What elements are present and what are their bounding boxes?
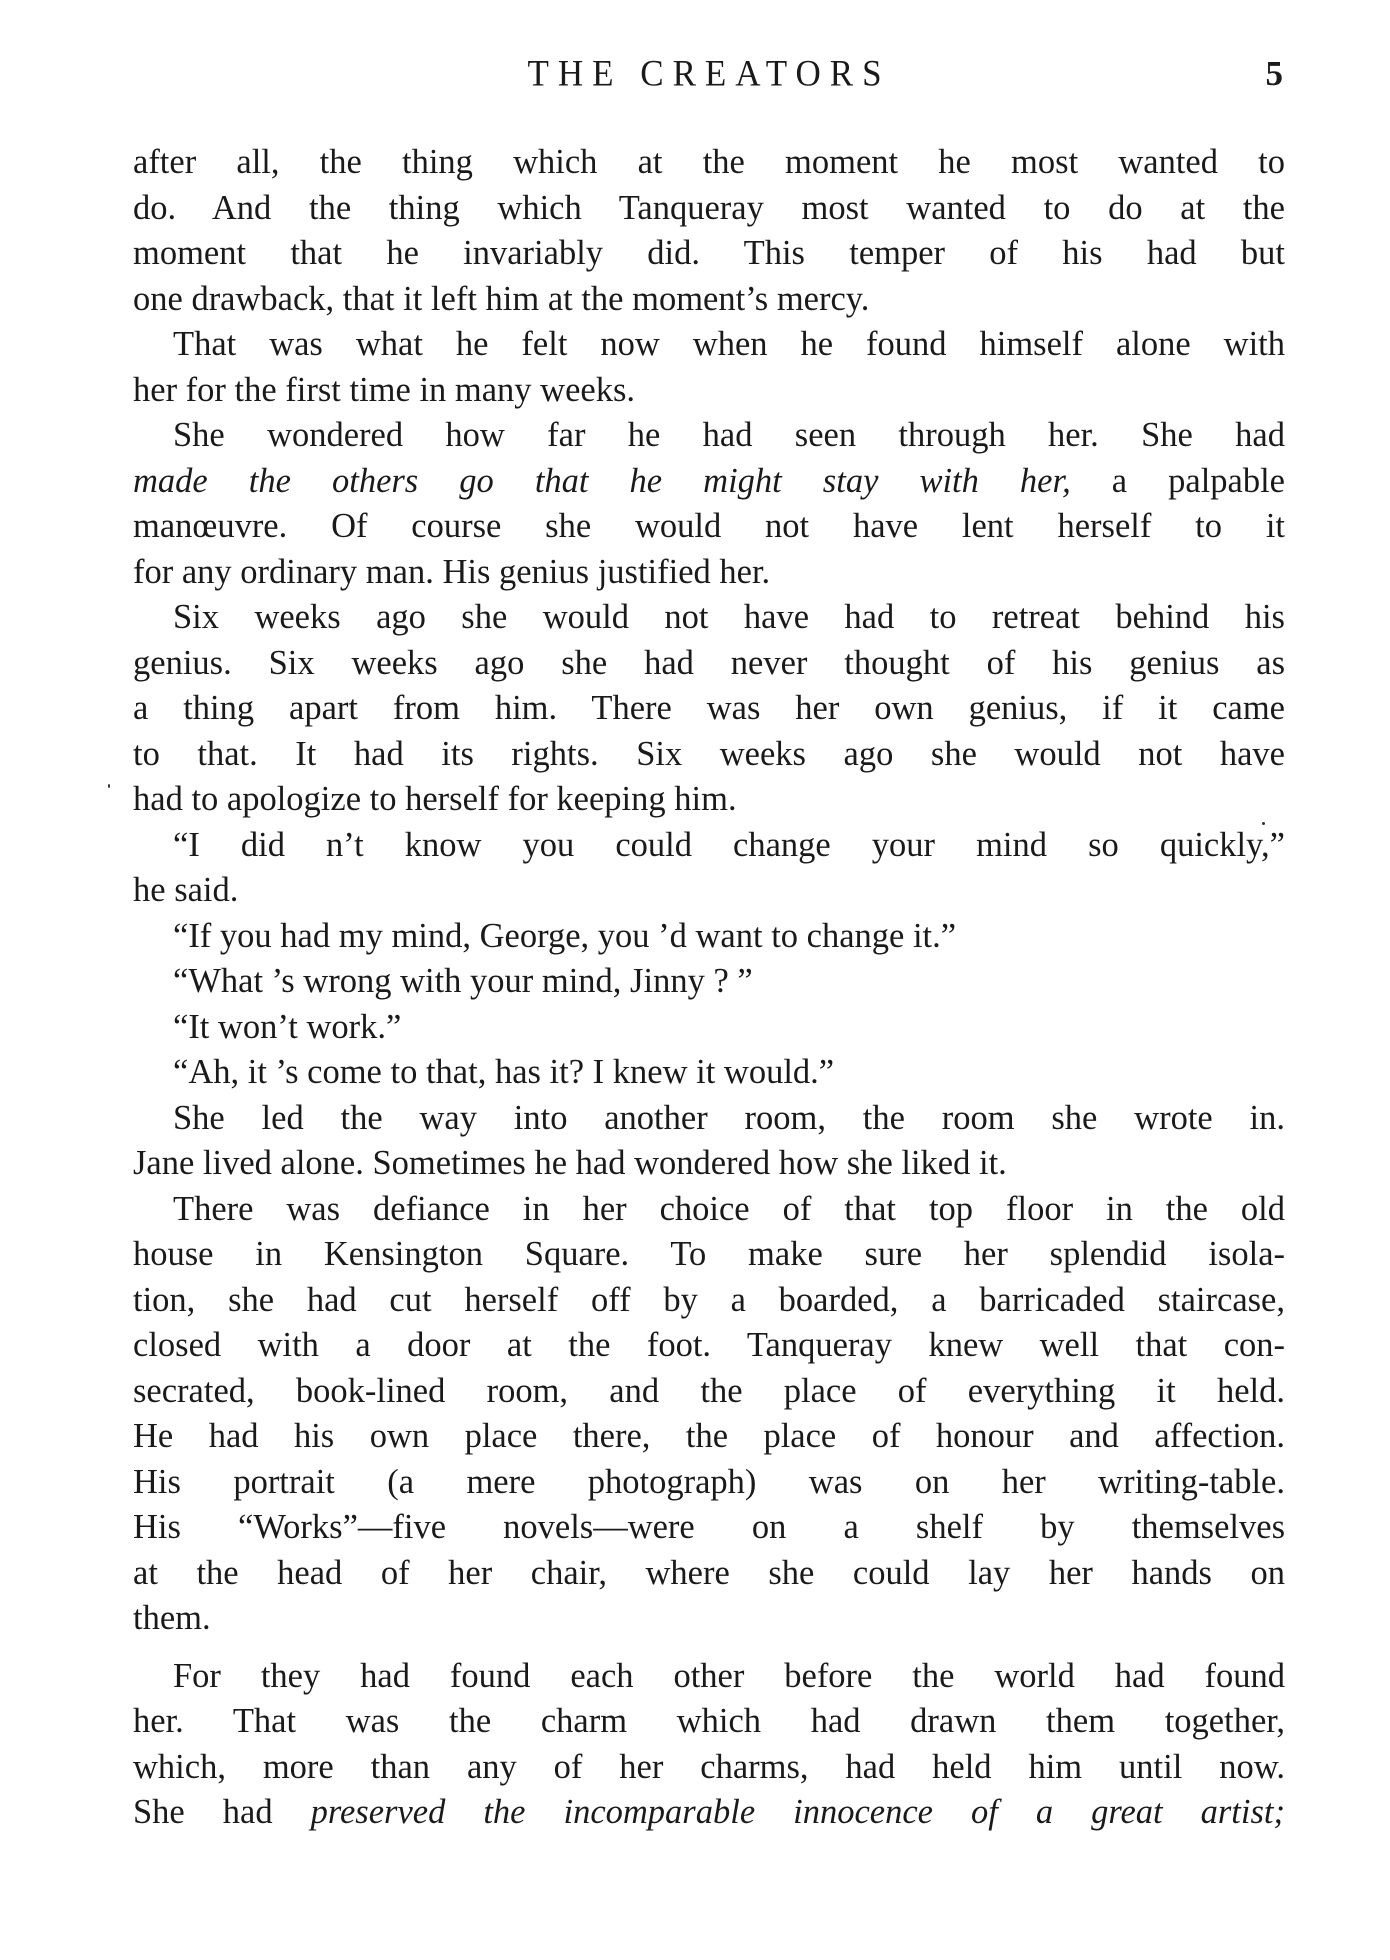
text-line: moment that he invariably did. This temp… (133, 231, 1285, 277)
text-line: “I did n’t know you could change your mi… (133, 823, 1285, 869)
text-line: “It won’t work.” (133, 1005, 1285, 1051)
text-line: he said. (133, 868, 1285, 914)
text-line: which, more than any of her charms, had … (133, 1745, 1285, 1791)
text-segment: She had (133, 1793, 311, 1831)
body-text: after all, the thing which at the moment… (133, 140, 1285, 1836)
running-head: THE CREATORS 5 (133, 52, 1285, 96)
text-line: She led the way into another room, the r… (133, 1096, 1285, 1142)
text-line: closed with a door at the foot. Tanquera… (133, 1323, 1285, 1369)
text-line: tion, she had cut herself off by a board… (133, 1278, 1285, 1324)
text-line: Six weeks ago she would not have had to … (133, 595, 1285, 641)
text-line: them. (133, 1596, 1285, 1642)
running-title: THE CREATORS (133, 51, 1285, 97)
text-line: secrated, book-lined room, and the place… (133, 1369, 1285, 1415)
text-line: made the others go that he might stay wi… (133, 459, 1285, 505)
text-line: her. That was the charm which had drawn … (133, 1699, 1285, 1745)
text-line: His “Works”—five novels—were on a shelf … (133, 1505, 1285, 1551)
italic-text: preserved the incomparable innocence of … (311, 1793, 1285, 1831)
text-line: had to apologize to herself for keeping … (133, 777, 1285, 823)
text-line: He had his own place there, the place of… (133, 1414, 1285, 1460)
text-line: Jane lived alone. Sometimes he had wonde… (133, 1141, 1285, 1187)
page-number: 5 (1266, 52, 1284, 96)
text-line: after all, the thing which at the moment… (133, 140, 1285, 186)
text-line: For they had found each other before the… (133, 1654, 1285, 1700)
scan-speck (108, 784, 110, 788)
text-line: for any ordinary man. His genius justifi… (133, 550, 1285, 596)
text-line: “What ’s wrong with your mind, Jinny ? ” (133, 959, 1285, 1005)
text-line: one drawback, that it left him at the mo… (133, 277, 1285, 323)
text-line: That was what he felt now when he found … (133, 322, 1285, 368)
text-line: her for the first time in many weeks. (133, 368, 1285, 414)
text-line: to that. It had its rights. Six weeks ag… (133, 732, 1285, 778)
scan-speck (1262, 822, 1265, 825)
text-line: house in Kensington Square. To make sure… (133, 1232, 1285, 1278)
text-line: There was defiance in her choice of that… (133, 1187, 1285, 1233)
text-line: genius. Six weeks ago she had never thou… (133, 641, 1285, 687)
text-line: do. And the thing which Tanqueray most w… (133, 186, 1285, 232)
text-line: a thing apart from him. There was her ow… (133, 686, 1285, 732)
text-segment: a palpable (1071, 462, 1285, 500)
text-line: “If you had my mind, George, you ’d want… (133, 914, 1285, 960)
text-line: “Ah, it ’s come to that, has it? I knew … (133, 1050, 1285, 1096)
text-line: manœuvre. Of course she would not have l… (133, 504, 1285, 550)
text-line: She wondered how far he had seen through… (133, 413, 1285, 459)
text-line: She had preserved the incomparable innoc… (133, 1790, 1285, 1836)
italic-text: made the others go that he might stay wi… (133, 462, 1071, 500)
text-line: at the head of her chair, where she coul… (133, 1551, 1285, 1597)
text-line: His portrait (a mere photograph) was on … (133, 1460, 1285, 1506)
